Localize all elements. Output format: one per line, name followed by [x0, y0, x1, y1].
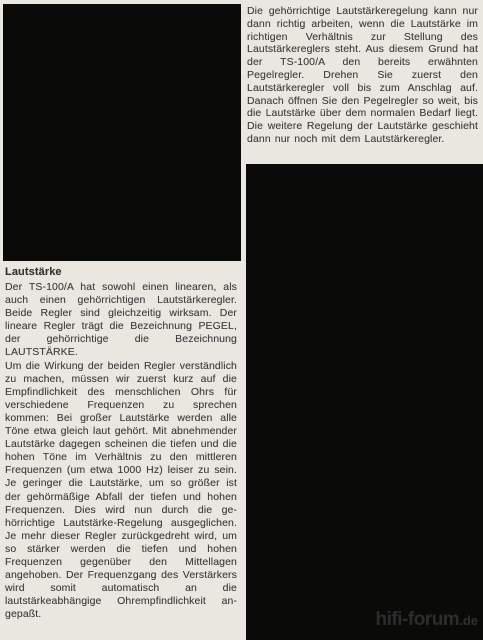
photo-top-left: [3, 4, 241, 261]
body-paragraph-2: Um die Wirkung der beiden Regler ver­stä…: [5, 360, 237, 622]
manual-page: hifi-forum.de Die gehörrichtige Lautstär…: [0, 0, 483, 640]
intro-paragraph: Die gehörrichtige Lautstärkeregelung kan…: [247, 5, 478, 146]
lautstaerke-section: Lautstärke Der TS-100/A hat sowohl einen…: [5, 266, 237, 621]
body-paragraph-1: Der TS-100/A hat sowohl einen linearen, …: [5, 281, 237, 360]
watermark: hifi-forum.de: [376, 610, 478, 629]
watermark-domain-suffix: .de: [459, 613, 478, 628]
intro-column: Die gehörrichtige Lautstärkeregelung kan…: [247, 5, 478, 146]
photo-bottom-right: hifi-forum.de: [246, 164, 483, 640]
watermark-text: hifi-forum: [376, 609, 460, 630]
section-heading-lautstaerke: Lautstärke: [5, 266, 237, 279]
